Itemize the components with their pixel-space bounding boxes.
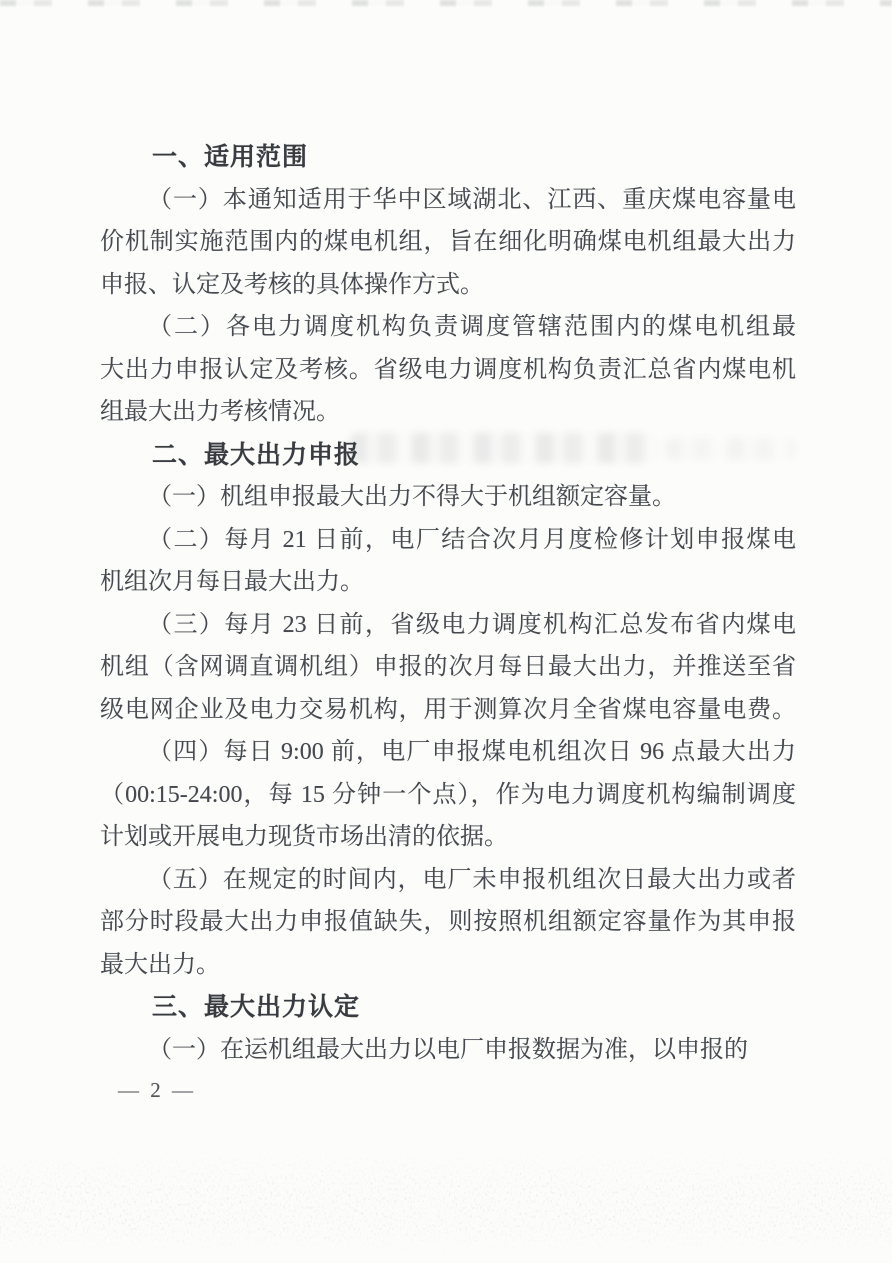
paragraph-line: （一）在运机组最大出力以电厂申报数据为准，以申报的 bbox=[100, 1029, 796, 1072]
scan-top-edge-artifact bbox=[0, 0, 892, 6]
scan-noise-band bbox=[0, 1146, 892, 1256]
paragraph-line: （五）在规定的时间内，电厂未申报机组次日最大出力或者 bbox=[100, 859, 796, 902]
paragraph-line: （二）各电力调度机构负责调度管辖范围内的煤电机组最 bbox=[100, 306, 796, 349]
paragraph-line: 机组次月每日最大出力。 bbox=[100, 561, 796, 604]
paragraph-line: 级电网企业及电力交易机构，用于测算次月全省煤电容量电费。 bbox=[100, 689, 796, 732]
paragraph-line: （一）本通知适用于华中区域湖北、江西、重庆煤电容量电 bbox=[100, 179, 796, 222]
section-heading: 三、最大出力认定 bbox=[100, 986, 796, 1029]
paragraph-line: （00:15-24:00，每 15 分钟一个点），作为电力调度机构编制调度 bbox=[100, 774, 796, 817]
paragraph-line: （四）每日 9:00 前，电厂申报煤电机组次日 96 点最大出力 bbox=[100, 731, 796, 774]
section-heading: 一、适用范围 bbox=[100, 136, 796, 179]
document-page: 一、适用范围（一）本通知适用于华中区域湖北、江西、重庆煤电容量电价机制实施范围内… bbox=[0, 0, 892, 1263]
paragraph-line: （二）每月 21 日前，电厂结合次月月度检修计划申报煤电 bbox=[100, 519, 796, 562]
page-body: 一、适用范围（一）本通知适用于华中区域湖北、江西、重庆煤电容量电价机制实施范围内… bbox=[100, 136, 796, 1071]
paragraph-line: 部分时段最大出力申报值缺失，则按照机组额定容量作为其申报 bbox=[100, 901, 796, 944]
paragraph-line: （一）机组申报最大出力不得大于机组额定容量。 bbox=[100, 476, 796, 519]
paragraph-line: 申报、认定及考核的具体操作方式。 bbox=[100, 264, 796, 307]
paragraph-line: 计划或开展电力现货市场出清的依据。 bbox=[100, 816, 796, 859]
paragraph-line: 最大出力。 bbox=[100, 944, 796, 987]
paragraph-line: 机组（含网调直调机组）申报的次月每日最大出力，并推送至省 bbox=[100, 646, 796, 689]
section-heading: 二、最大出力申报 bbox=[100, 434, 796, 477]
paragraph-line: （三）每月 23 日前，省级电力调度机构汇总发布省内煤电 bbox=[100, 604, 796, 647]
paragraph-line: 大出力申报认定及考核。省级电力调度机构负责汇总省内煤电机 bbox=[100, 349, 796, 392]
page-number: — 2 — bbox=[118, 1078, 196, 1103]
paragraph-line: 价机制实施范围内的煤电机组，旨在细化明确煤电机组最大出力 bbox=[100, 221, 796, 264]
paragraph-line: 组最大出力考核情况。 bbox=[100, 391, 796, 434]
